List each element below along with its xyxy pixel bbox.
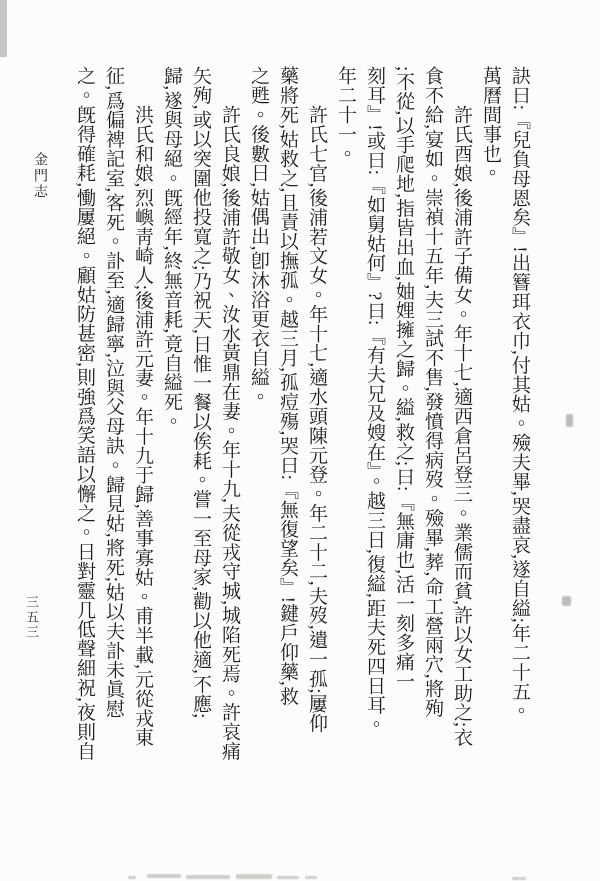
- scan-smudge: [128, 876, 136, 879]
- scan-smudge: [512, 877, 526, 880]
- scan-smudge: [277, 876, 299, 879]
- page-number: 三五三: [22, 595, 41, 640]
- text-column: 年二十一。: [331, 66, 360, 814]
- text-column: 許氏酉娘,後浦許子備女。年十七,適西倉呂登三。業儒而貧,許以女工助之;衣: [447, 66, 476, 814]
- text-column: 矢殉,或以突圍他投寬之;乃祝天,日惟一餐以俟耗。嘗一至母家,勸以他適,不應;: [186, 66, 215, 814]
- scanned-page: 訣曰:『兒負母恩矣』!出簪珥衣巾,付其姑。殮夫畢,哭盡哀,遂自縊;年二十五。 萬…: [0, 0, 600, 881]
- book-title: 金門志: [29, 152, 49, 200]
- text-column: 洪氏和娘,烈嶼靑崎人;後浦許元妻。年十九于歸,善事寡姑。甫半載,元從戎東: [128, 66, 157, 814]
- text-column: 訣曰:『兒負母恩矣』!出簪珥衣巾,付其姑。殮夫畢,哭盡哀,遂自縊;年二十五。: [505, 66, 534, 814]
- text-column: 許氏良娘,後浦許敬女、汝水黃鼎在妻。年十九,夫從戎守城,城陷死焉。許哀痛: [215, 66, 244, 814]
- text-column: 刻耳』!或曰:『如舅姑何』?曰:『有夫兄及嫂在』。越三日,復縊,距夫死四日耳。: [360, 66, 389, 814]
- text-column: ;不從,以手爬地,指皆出血,妯娌擁之歸。縊,救之;曰:『無庸也,活一刻多痛一: [389, 66, 418, 814]
- scan-speck: [566, 414, 573, 427]
- text-column: 之。旣得確耗,慟屢絕。顧姑防甚密,則強爲笑語以懈之。日對靈几低聲細祝,夜則自: [70, 66, 99, 814]
- scan-smudge: [236, 874, 272, 879]
- scan-smudge: [186, 875, 230, 879]
- scan-smudge: [147, 874, 181, 878]
- main-text-block: 訣曰:『兒負母恩矣』!出簪珥衣巾,付其姑。殮夫畢,哭盡哀,遂自縊;年二十五。 萬…: [70, 66, 534, 814]
- text-column: 之甦。後數日,姑偶出,卽沐浴更衣自縊。: [244, 66, 273, 814]
- text-column: 食不給,宴如。崇禎十五年,夫三試不售,發憤得病歿。殮畢,葬,命工營兩穴,將殉: [418, 66, 447, 814]
- text-column: 征,爲偏裨記室,客死。訃至,適歸寧,泣與父母訣。歸見姑,將死;姑以夫訃未眞慰: [99, 66, 128, 814]
- scan-speck: [562, 596, 571, 606]
- scan-edge-shade: [0, 0, 7, 57]
- text-column: 萬曆間事也。: [476, 66, 505, 814]
- text-column: 藥將死,姑救之,且責以撫孤。越三月,孤痘殤,哭曰:『無復望矣』!鍵戶仰藥,救: [273, 66, 302, 814]
- text-column: 許氏七官,後浦若文女。年十七,適水頭陳元登。年二十二,夫歿,遺一孤;屢仰: [302, 66, 331, 814]
- scan-smudge: [305, 876, 317, 879]
- text-column: 歸,遂與母絕。旣經年,終無音耗,竟自縊死。: [157, 66, 186, 814]
